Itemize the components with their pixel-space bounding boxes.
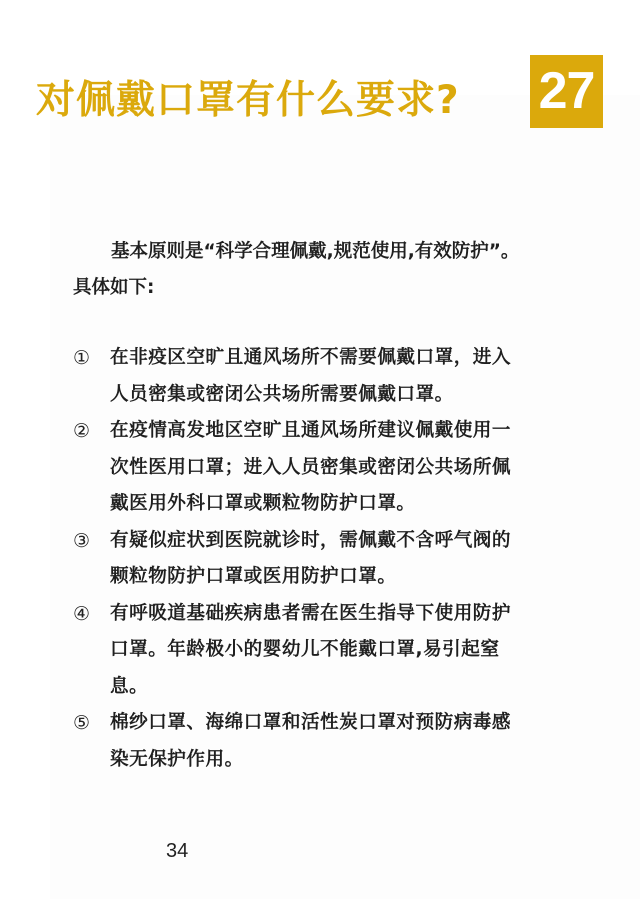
list-item: ② 在疫情高发地区空旷且通风场所建议佩戴使用一次性医用口罩；进入人员密集或密闭公… (73, 413, 533, 523)
page-title: 对佩戴口罩有什么要求? (36, 76, 460, 126)
question-number-badge: 27 (530, 55, 603, 128)
item-marker: ④ (73, 596, 110, 633)
item-marker: ① (73, 340, 110, 377)
list-item: ⑤ 棉纱口罩、海绵口罩和活性炭口罩对预防病毒感染无保护作用。 (73, 705, 533, 778)
page-number: 34 (166, 840, 188, 863)
item-text: 有呼吸道基础疾病患者需在医生指导下使用防护口罩。年龄极小的婴幼儿不能戴口罩,易引… (110, 596, 520, 706)
item-text: 有疑似症状到医院就诊时，需佩戴不含呼气阀的颗粒物防护口罩或医用防护口罩。 (110, 523, 520, 596)
item-marker: ⑤ (73, 705, 110, 742)
item-marker: ③ (73, 523, 110, 560)
item-text: 棉纱口罩、海绵口罩和活性炭口罩对预防病毒感染无保护作用。 (110, 705, 520, 778)
item-text: 在疫情高发地区空旷且通风场所建议佩戴使用一次性医用口罩；进入人员密集或密闭公共场… (110, 413, 520, 523)
requirements-list: ① 在非疫区空旷且通风场所不需要佩戴口罩，进入人员密集或密闭公共场所需要佩戴口罩… (73, 340, 533, 778)
intro-paragraph: 基本原则是“科学合理佩戴,规范使用,有效防护”。 具体如下: (73, 234, 543, 306)
list-item: ④ 有呼吸道基础疾病患者需在医生指导下使用防护口罩。年龄极小的婴幼儿不能戴口罩,… (73, 596, 533, 706)
list-item: ③ 有疑似症状到医院就诊时，需佩戴不含呼气阀的颗粒物防护口罩或医用防护口罩。 (73, 523, 533, 596)
principle-text: 基本原则是“科学合理佩戴,规范使用,有效防护”。 (73, 234, 543, 270)
lead-text: 具体如下: (73, 270, 543, 306)
item-marker: ② (73, 413, 110, 450)
list-item: ① 在非疫区空旷且通风场所不需要佩戴口罩，进入人员密集或密闭公共场所需要佩戴口罩… (73, 340, 533, 413)
item-text: 在非疫区空旷且通风场所不需要佩戴口罩，进入人员密集或密闭公共场所需要佩戴口罩。 (110, 340, 520, 413)
